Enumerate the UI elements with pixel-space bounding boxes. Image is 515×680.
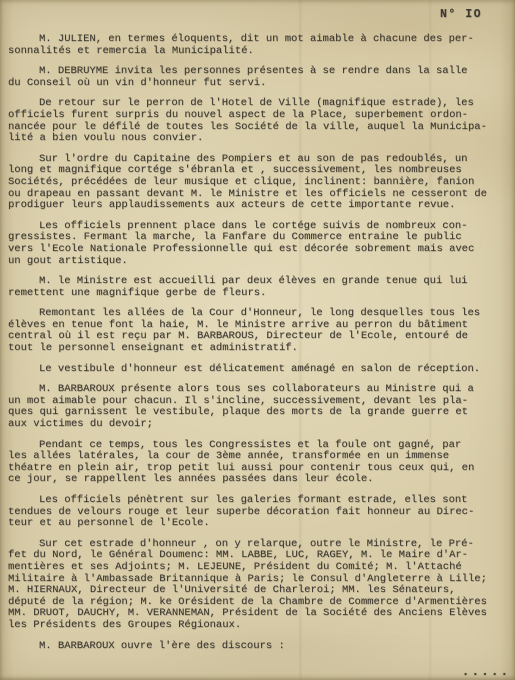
paragraph: Sur cet estrade d'honneur , on y relarqu… (8, 539, 510, 632)
paragraph: M. BARBAROUX ouvre l'ère des discours : (8, 641, 510, 653)
text-line: Sociétés, précédées de leur musique et c… (8, 177, 510, 189)
text-line: M. le Ministre est accueilli par deux él… (8, 276, 510, 288)
text-line: tout le personnel enseignant et administ… (8, 343, 510, 355)
text-line: vers l'Ecole Nationale Professionnelle q… (8, 244, 510, 256)
text-line: aux victimes du devoir; (8, 419, 510, 431)
page-number: N° IO (440, 8, 482, 21)
paragraph: M. le Ministre est accueilli par deux él… (8, 276, 510, 299)
scanned-document-page: N° IO M. JULIEN, en termes éloquents, di… (0, 0, 515, 680)
text-line: M. HIERNAUX, Directeur de l'Université d… (8, 585, 510, 597)
text-line: sonnalités et remercia la Municipalité. (8, 46, 510, 58)
text-line: teur et au personnel de l'Ecole. (8, 518, 510, 530)
paragraph: Les officiels prennent place dans le cor… (8, 221, 510, 267)
paragraph: Les officiels pénètrent sur les galeries… (8, 495, 510, 530)
text-line: un gout artistique. (8, 256, 510, 268)
paragraph: Remontant les allées de la Cour d'Honneu… (8, 308, 510, 354)
footer-dots: ..... (462, 665, 511, 679)
text-line: remettent une magnifique gerbe de fleurs… (8, 288, 510, 300)
paragraph: Pendant ce temps, tous les Congressistes… (8, 440, 510, 486)
text-line: prodiguer leurs applaudissements aux act… (8, 200, 510, 212)
text-line: du Conseil où un vin d'honneur fut servi… (8, 78, 510, 90)
text-line: lité a bien voulu nous convier. (8, 133, 510, 145)
paragraph: M. BARBAROUX présente alors tous ses col… (8, 384, 510, 430)
paragraph: Sur l'ordre du Capitaine des Pompiers et… (8, 154, 510, 212)
text-line: M. BARBAROUX ouvre l'ère des discours : (8, 641, 510, 653)
text-line: officiels furent surpris du nouvel aspec… (8, 110, 510, 122)
text-line: mentières et ses Adjoints; M. LEJEUNE, P… (8, 562, 510, 574)
text-line: M. JULIEN, en termes éloquents, dit un m… (8, 34, 510, 46)
typewritten-text: M. JULIEN, en termes éloquents, dit un m… (8, 34, 510, 661)
paragraph: Le vestibule d'honneur est délicatement … (8, 364, 510, 376)
paragraph: De retour sur le perron de l'Hotel de Vi… (8, 98, 510, 144)
text-line: ce jour, se rappellent les années passée… (8, 474, 510, 486)
text-line: les Présidents des Groupes Régionaux. (8, 620, 510, 632)
paragraph: M. DEBRUYME invita les personnes présent… (8, 66, 510, 89)
text-line: Le vestibule d'honneur est délicatement … (8, 364, 510, 376)
text-line: Les officiels pénètrent sur les galeries… (8, 495, 510, 507)
paragraph: M. JULIEN, en termes éloquents, dit un m… (8, 34, 510, 57)
